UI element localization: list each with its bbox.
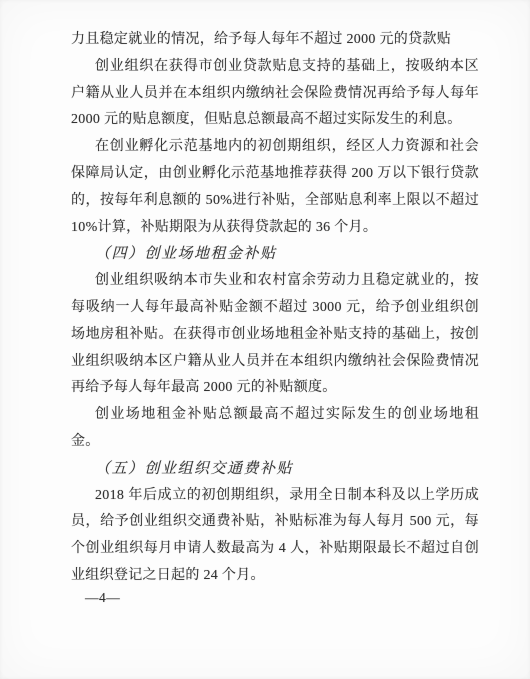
body-line: 每吸纳一人每年最高补贴金额不超过 3000 元，给予创业组织创业 — [71, 295, 479, 322]
body-line: 的，按每年利息额的 50%进行补贴，全部贴息利率上限以不超过 — [71, 188, 479, 215]
page-number: —4— — [85, 590, 120, 606]
section-heading: （五）创业组织交通费补贴 — [71, 456, 479, 483]
body-line: 金。 — [71, 429, 479, 456]
body-line: 创业组织吸纳本市失业和农村富余劳动力且稳定就业的，按 — [71, 268, 479, 295]
body-line: 业组织登记之日起的 24 个月。 — [71, 563, 479, 590]
body-line: 员，给予创业组织交通费补贴，补贴标准为每人每月 500 元，每 — [71, 509, 479, 536]
document-body: 力且稳定就业的情况，给予每人每年不超过 2000 元的贷款贴息。 创业组织在获得… — [71, 27, 479, 590]
body-line: 创业组织在获得市创业贷款贴息支持的基础上，按吸纳本区 — [71, 54, 479, 81]
body-line: 力且稳定就业的情况，给予每人每年不超过 2000 元的贷款贴息。 — [71, 27, 479, 54]
body-line: 2018 年后成立的初创期组织，录用全日制本科及以上学历成 — [71, 483, 479, 510]
body-line: 保障局认定，由创业孵化示范基地推荐获得 200 万以下银行贷款 — [71, 161, 479, 188]
section-heading: （四）创业场地租金补贴 — [71, 241, 479, 268]
body-line: 10%计算，补贴期限为从获得贷款起的 36 个月。 — [71, 215, 479, 242]
body-line: 个创业组织每月申请人数最高为 4 人，补贴期限最长不超过自创 — [71, 536, 479, 563]
body-line: 再给予每人每年最高 2000 元的补贴额度。 — [71, 375, 479, 402]
body-line: 在创业孵化示范基地内的初创期组织，经区人力资源和社会 — [71, 134, 479, 161]
body-line: 2000 元的贴息额度，但贴息总额最高不超过实际发生的利息。 — [71, 107, 479, 134]
document-page: 力且稳定就业的情况，给予每人每年不超过 2000 元的贷款贴息。 创业组织在获得… — [0, 0, 530, 679]
body-line: 业组织吸纳本区户籍从业人员并在本组织内缴纳社会保险费情况 — [71, 349, 479, 376]
body-line: 创业场地租金补贴总额最高不超过实际发生的创业场地租 — [71, 402, 479, 429]
body-line: 场地房租补贴。在获得市创业场地租金补贴支持的基础上，按创 — [71, 322, 479, 349]
body-line: 户籍从业人员并在本组织内缴纳社会保险费情况再给予每人每年 — [71, 81, 479, 108]
